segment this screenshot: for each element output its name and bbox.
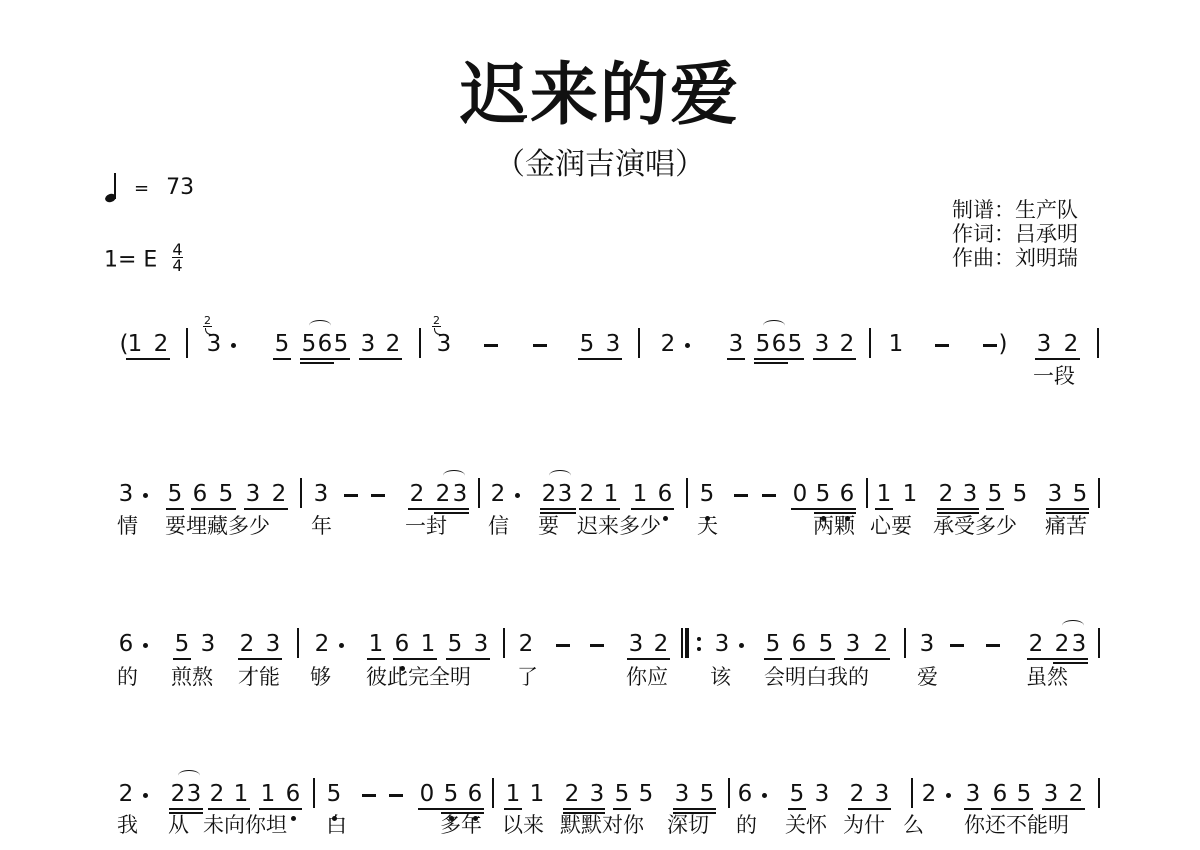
slur-mark (549, 470, 571, 481)
slur-mark (309, 320, 331, 331)
eighth-underline (259, 808, 302, 810)
slur-mark (763, 320, 785, 331)
note: 6 (993, 783, 1008, 806)
note: 2 (1029, 633, 1044, 656)
note: 6 (792, 633, 807, 656)
eighth-underline (169, 808, 203, 810)
eighth-underline (578, 358, 622, 360)
eighth-underline (844, 658, 890, 660)
sixteenth-underline (1053, 662, 1088, 664)
eighth-underline (238, 658, 282, 660)
note: 5 (790, 783, 805, 806)
eighth-underline (540, 508, 576, 510)
note: 2 (654, 633, 669, 656)
sustain-dash (344, 494, 358, 497)
note: 3 (207, 333, 222, 356)
note: 3 (437, 333, 452, 356)
note: 1 (604, 483, 619, 506)
eighth-underline (1035, 358, 1080, 360)
note: 3 (846, 633, 861, 656)
note: 2 (171, 783, 186, 806)
lyric-text: 要 (538, 516, 559, 537)
eighth-underline (367, 658, 385, 660)
bar-line (478, 478, 480, 508)
eighth-underline (504, 808, 522, 810)
sustain-dash (362, 794, 376, 797)
note: 5 (819, 633, 834, 656)
lyric-text: 关怀 (785, 815, 827, 836)
eighth-underline (208, 808, 250, 810)
note: 5 (816, 483, 831, 506)
note: 5 (1073, 483, 1088, 506)
note: 5 (327, 783, 342, 806)
augmentation-dot (739, 643, 744, 648)
note: 3 (963, 483, 978, 506)
note: 1 (506, 783, 521, 806)
note: 2 (240, 633, 255, 656)
note: 1 (369, 633, 384, 656)
note: 2 (154, 333, 169, 356)
low-octave-dot (663, 516, 668, 521)
note: 2 (410, 483, 425, 506)
note: 2 (922, 783, 937, 806)
lyric-text: 深切 (667, 815, 709, 836)
eighth-underline (613, 808, 631, 810)
sustain-dash (371, 494, 385, 497)
lyric-text: 为什 (843, 815, 885, 836)
eighth-underline (964, 808, 982, 810)
note: 3 (966, 783, 981, 806)
note: 3 (590, 783, 605, 806)
sustain-dash (762, 494, 776, 497)
bar-line (869, 328, 871, 358)
note: 2 (272, 483, 287, 506)
lyric-text: 心要 (870, 516, 912, 537)
repeat-dot (697, 637, 701, 641)
eighth-underline (244, 508, 288, 510)
lyric-text: 我 (117, 815, 138, 836)
note: 1 (633, 483, 648, 506)
eighth-underline (408, 508, 469, 510)
bar-line (1098, 628, 1100, 658)
note: 5 (1013, 483, 1028, 506)
bar-line (911, 778, 913, 808)
lyric-text: 彼此完全明 (366, 667, 471, 688)
bar-line (866, 478, 868, 508)
bar-line (419, 328, 421, 358)
eighth-underline (191, 508, 236, 510)
note: 3 (1072, 633, 1087, 656)
note: 1 (234, 783, 249, 806)
lyric-text: 了 (517, 667, 538, 688)
note: 2 (939, 483, 954, 506)
note: 1 (421, 633, 436, 656)
eighth-underline (875, 508, 893, 510)
sixteenth-underline (300, 362, 334, 364)
lyric-text: 年 (311, 516, 332, 537)
note: 3 (314, 483, 329, 506)
augmentation-dot (143, 643, 148, 648)
note: 5 (788, 333, 803, 356)
sustain-dash (734, 494, 748, 497)
eighth-underline (788, 808, 806, 810)
lyric-text: 的 (117, 667, 138, 688)
note: 2 (565, 783, 580, 806)
eighth-underline (1027, 658, 1088, 660)
lyric-text: 你应 (626, 667, 668, 688)
note: 3 (1037, 333, 1052, 356)
note: 1 (889, 333, 904, 356)
note: 5 (756, 333, 771, 356)
bar-line (492, 778, 494, 808)
eighth-underline (1046, 508, 1089, 510)
slur-mark (443, 470, 465, 481)
note: 3 (266, 633, 281, 656)
note: 5 (334, 333, 349, 356)
lyric-text: 天 (697, 516, 718, 537)
eighth-underline (631, 508, 674, 510)
sustain-dash (389, 794, 403, 797)
note: 6 (738, 783, 753, 806)
eighth-underline (791, 508, 856, 510)
lyric-text: 迟来多少 (577, 516, 661, 537)
eighth-underline (579, 508, 620, 510)
augmentation-dot (946, 793, 951, 798)
note: 5 (175, 633, 190, 656)
note: 5 (615, 783, 630, 806)
note: 5 (766, 633, 781, 656)
note: 6 (840, 483, 855, 506)
note: 5 (1017, 783, 1032, 806)
eighth-underline (937, 508, 979, 510)
note: 3 (119, 483, 134, 506)
note: 3 (1044, 783, 1059, 806)
eighth-underline (563, 808, 605, 810)
repeat-bar-thin (681, 628, 683, 658)
note: 1 (530, 783, 545, 806)
eighth-underline (166, 508, 184, 510)
augmentation-dot (339, 643, 344, 648)
bar-line (186, 328, 188, 358)
lyric-text: 信 (488, 516, 509, 537)
bar-line (1097, 328, 1099, 358)
note: 5 (219, 483, 234, 506)
grace-note: 2 (433, 315, 440, 326)
note: 3 (201, 633, 216, 656)
note: 0 (793, 483, 808, 506)
lyric-text: 从 (168, 815, 189, 836)
eighth-underline (173, 658, 191, 660)
grace-hook-icon (434, 328, 441, 335)
note: 2 (580, 483, 595, 506)
eighth-underline (673, 808, 716, 810)
bar-line (1098, 778, 1100, 808)
note: 2 (874, 633, 889, 656)
lyric-text: 你还不能明 (964, 815, 1069, 836)
repeat-dot (697, 647, 701, 651)
eighth-underline (754, 358, 804, 360)
sustain-dash (935, 344, 949, 347)
note: 5 (639, 783, 654, 806)
lyric-text: 两颗 (813, 516, 855, 537)
note: 2 (1069, 783, 1084, 806)
sustain-dash (556, 644, 570, 647)
bar-line (904, 628, 906, 658)
eighth-underline (446, 658, 490, 660)
note: 3 (246, 483, 261, 506)
note: 5 (700, 783, 715, 806)
eighth-underline (627, 658, 670, 660)
note: 2 (1055, 633, 1070, 656)
note: 6 (286, 783, 301, 806)
bar-line (300, 478, 302, 508)
note: 3 (361, 333, 376, 356)
sustain-dash (983, 344, 997, 347)
augmentation-dot (143, 493, 148, 498)
note: 3 (606, 333, 621, 356)
note: 5 (168, 483, 183, 506)
note: 5 (700, 483, 715, 506)
eighth-underline (991, 808, 1033, 810)
bar-line (313, 778, 315, 808)
lyric-text: 够 (310, 667, 331, 688)
slur-mark (1062, 620, 1084, 631)
eighth-underline (727, 358, 745, 360)
bar-line (728, 778, 730, 808)
note: 2 (210, 783, 225, 806)
lyric-text: 白 (326, 815, 347, 836)
note: 6 (193, 483, 208, 506)
note: 6 (318, 333, 333, 356)
note: 3 (187, 783, 202, 806)
note: 3 (815, 783, 830, 806)
lyric-text: 痛苦 (1045, 516, 1087, 537)
note: 2 (491, 483, 506, 506)
note: 3 (729, 333, 744, 356)
bar-line (686, 478, 688, 508)
eighth-underline (273, 358, 291, 360)
note: 3 (629, 633, 644, 656)
note: 6 (119, 633, 134, 656)
note: 5 (448, 633, 463, 656)
lyric-text: 一段 (1033, 366, 1075, 387)
note: 2 (119, 783, 134, 806)
repeat-bar-thick (685, 628, 689, 658)
eighth-underline (300, 358, 350, 360)
lyric-text: 要埋藏多少 (165, 516, 270, 537)
augmentation-dot (515, 493, 520, 498)
bar-line (503, 628, 505, 658)
low-octave-dot (291, 816, 296, 821)
note: 1 (261, 783, 276, 806)
eighth-underline (813, 358, 856, 360)
note: 6 (658, 483, 673, 506)
note: 2 (840, 333, 855, 356)
bar-line (297, 628, 299, 658)
sustain-dash (533, 344, 547, 347)
lyric-text: 承受多少 (933, 516, 1017, 537)
note: 3 (920, 633, 935, 656)
sustain-dash (590, 644, 604, 647)
note: 2 (436, 483, 451, 506)
lyric-text: 以来 (502, 815, 544, 836)
lyric-text: 一封 (405, 516, 447, 537)
note: 3 (1048, 483, 1063, 506)
note: 1 (877, 483, 892, 506)
note: 3 (474, 633, 489, 656)
grace-note: 2 (204, 315, 211, 326)
sustain-dash (950, 644, 964, 647)
note: 5 (302, 333, 317, 356)
lyric-text: 默默对你 (560, 815, 644, 836)
augmentation-dot (685, 343, 690, 348)
note: 2 (519, 633, 534, 656)
eighth-underline (393, 658, 437, 660)
lyric-text: 才能 (238, 667, 280, 688)
eighth-underline (848, 808, 891, 810)
note: 3 (875, 783, 890, 806)
lyric-text: 爱 (917, 667, 938, 688)
note: 2 (850, 783, 865, 806)
note: 2 (661, 333, 676, 356)
lyric-text: 虽然 (1026, 667, 1068, 688)
bar-line (1098, 478, 1100, 508)
bar-line (638, 328, 640, 358)
lyric-text: 多年 (440, 815, 482, 836)
note: 1 (903, 483, 918, 506)
lyric-text: 情 (117, 516, 138, 537)
note: 5 (988, 483, 1003, 506)
eighth-underline (418, 808, 484, 810)
eighth-underline (790, 658, 835, 660)
note: 2 (1064, 333, 1079, 356)
grace-underline (432, 326, 441, 327)
note: 2 (542, 483, 557, 506)
eighth-underline (986, 508, 1004, 510)
note: 6 (468, 783, 483, 806)
note: 2 (386, 333, 401, 356)
augmentation-dot (762, 793, 767, 798)
augmentation-dot (231, 343, 236, 348)
eighth-underline (126, 358, 170, 360)
note: 2 (315, 633, 330, 656)
lyric-text: 煎熬 (171, 667, 213, 688)
lyric-text: 未向你坦 (203, 815, 287, 836)
sixteenth-underline (754, 362, 788, 364)
note: 5 (444, 783, 459, 806)
augmentation-dot (143, 793, 148, 798)
note: 3 (675, 783, 690, 806)
lyric-text: 该 (710, 667, 731, 688)
note: 3 (453, 483, 468, 506)
sustain-dash (986, 644, 1000, 647)
note: 3 (715, 633, 730, 656)
eighth-underline (1042, 808, 1085, 810)
sustain-dash (484, 344, 498, 347)
score-body: (12355653235323565321)3222一段356532322322… (0, 0, 1200, 850)
note: 5 (275, 333, 290, 356)
note: 1 (128, 333, 143, 356)
eighth-underline (359, 358, 402, 360)
note: ) (999, 333, 1008, 356)
lyric-text: 么 (903, 815, 924, 836)
note: 6 (772, 333, 787, 356)
slur-mark (178, 770, 200, 781)
lyric-text: 的 (736, 815, 757, 836)
note: 3 (558, 483, 573, 506)
note: 0 (420, 783, 435, 806)
grace-underline (203, 326, 212, 327)
note: 6 (395, 633, 410, 656)
note: 5 (580, 333, 595, 356)
note: 3 (815, 333, 830, 356)
lyric-text: 会明白我的 (764, 667, 869, 688)
eighth-underline (764, 658, 782, 660)
